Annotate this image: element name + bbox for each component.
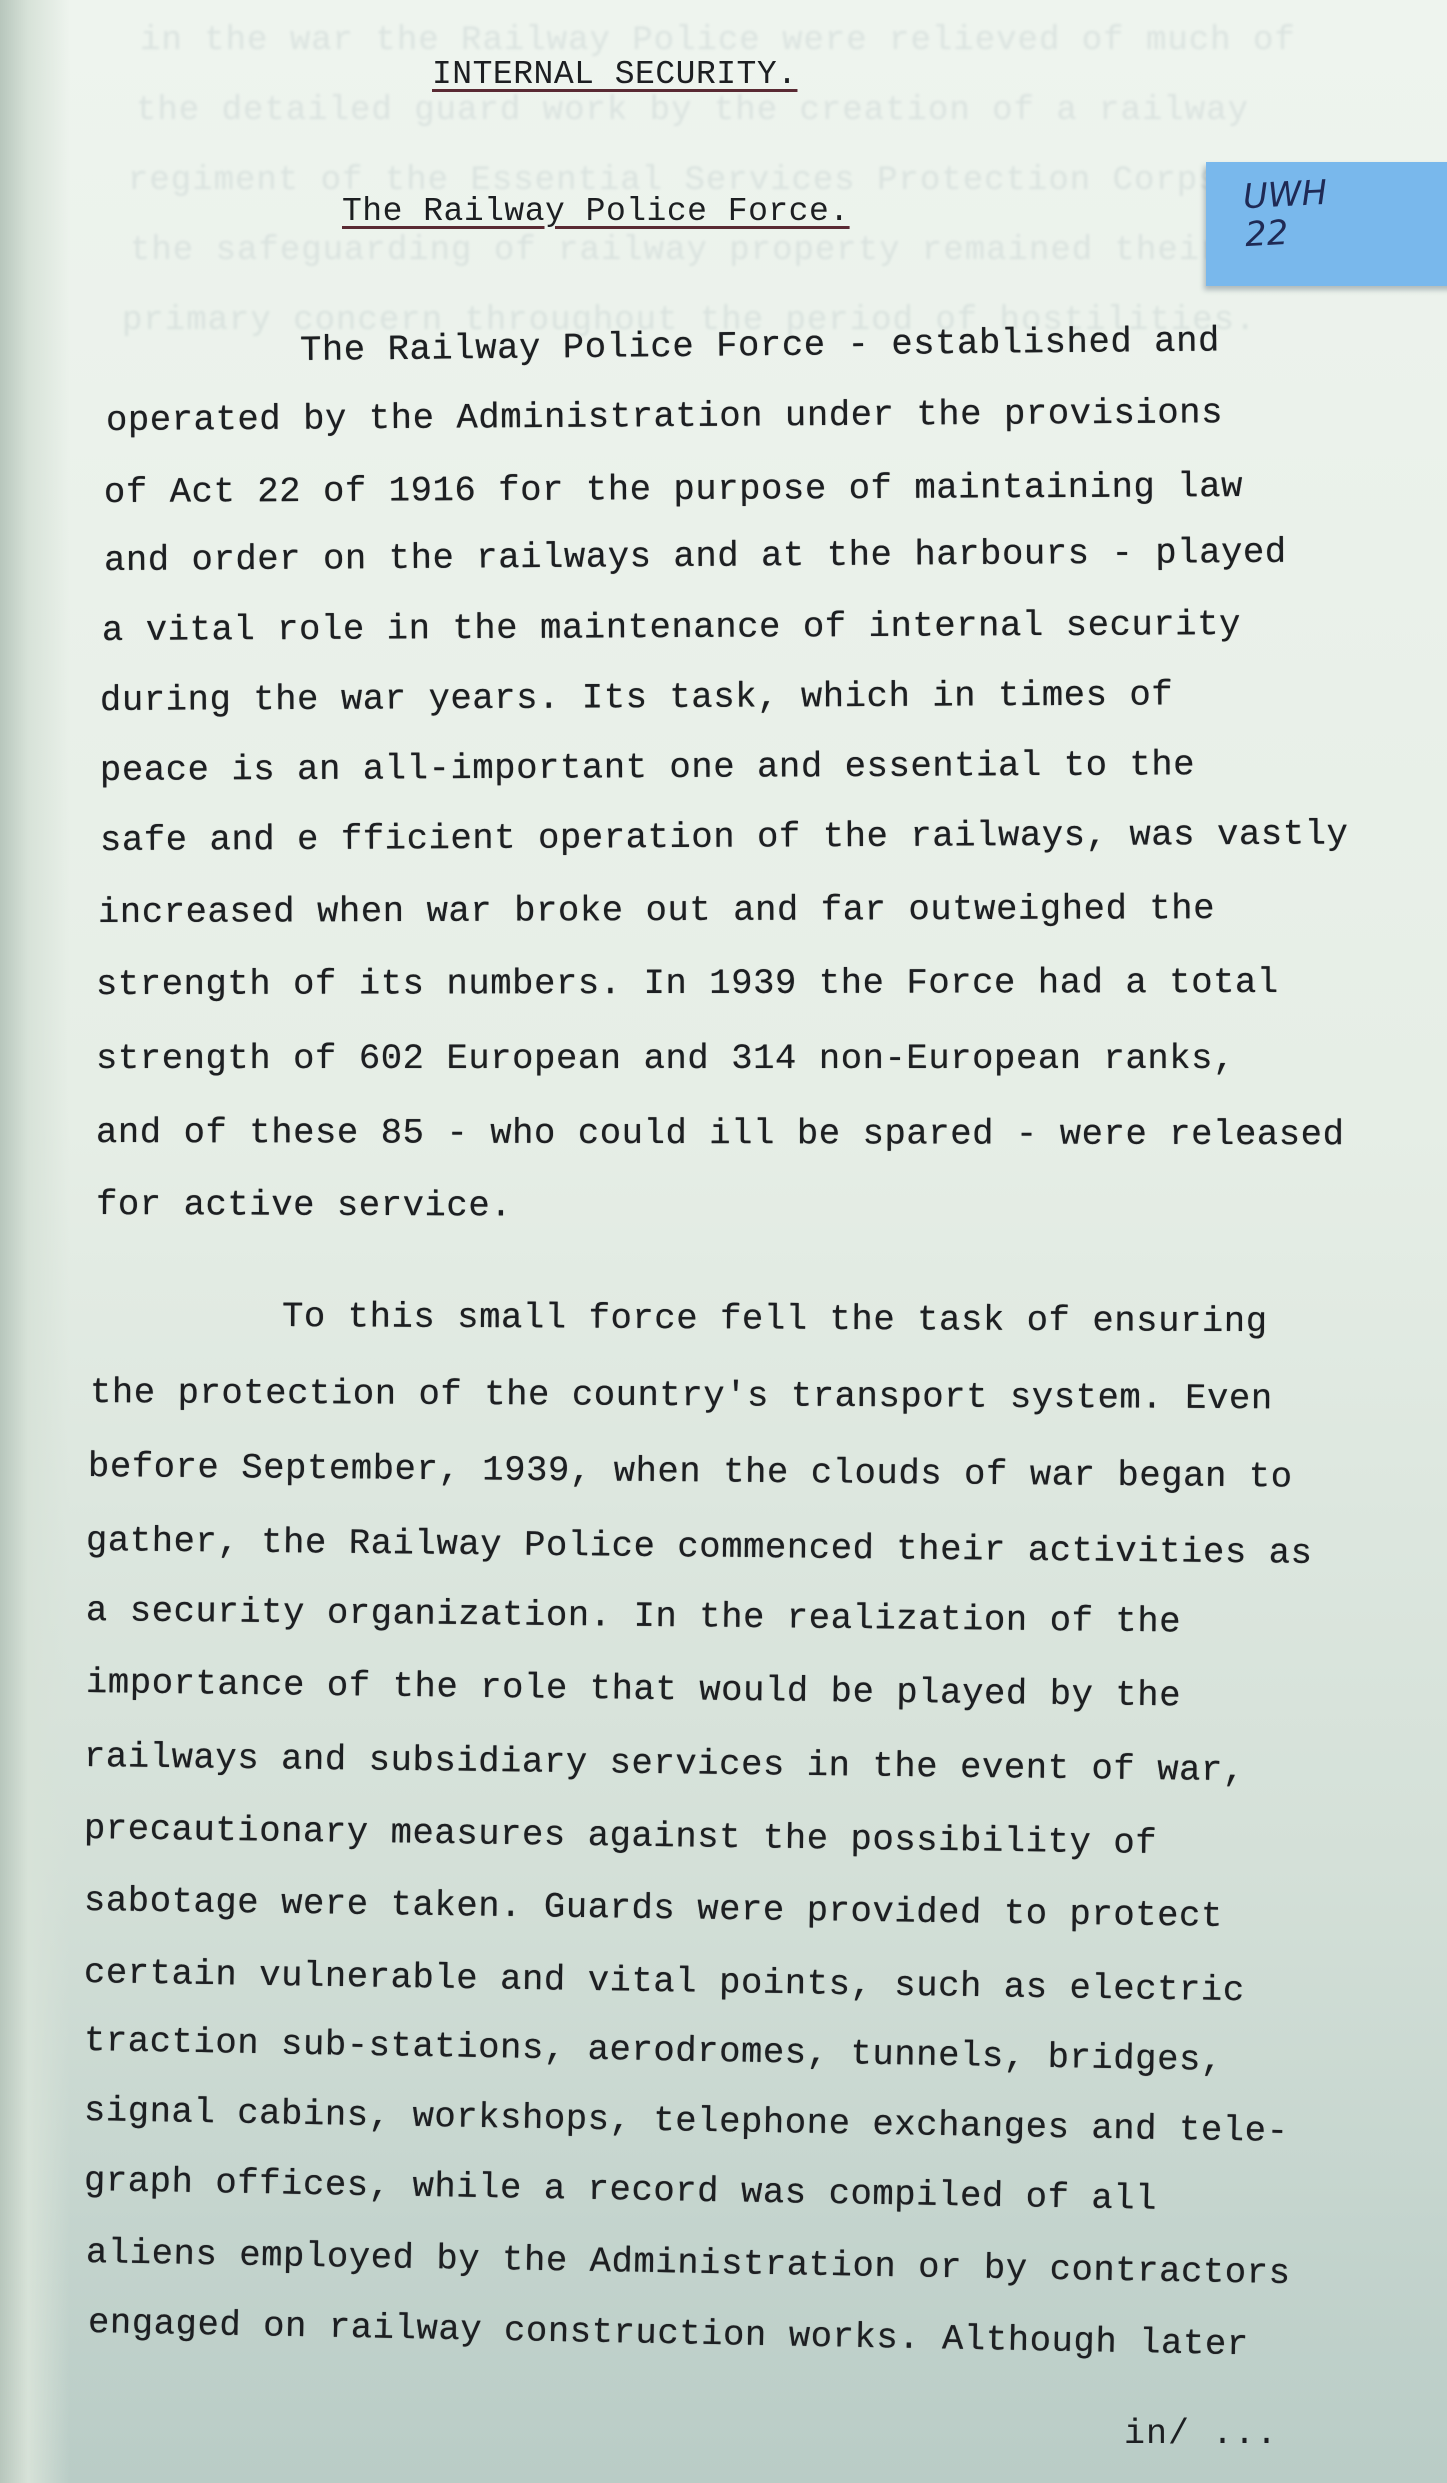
text-line: during the war years. Its task, which in…: [100, 674, 1173, 721]
text-line: peace is an all-important one and essent…: [100, 744, 1195, 791]
page-title: INTERNAL SECURITY.: [432, 56, 797, 93]
text-line: sabotage were taken. Guards were provide…: [84, 1880, 1223, 1937]
document-page: in the war the Railway Police were relie…: [0, 0, 1447, 2483]
text-line: a security organization. In the realizat…: [86, 1590, 1182, 1642]
text-line: The Railway Police Force - established a…: [300, 320, 1220, 371]
text-line: of Act 22 of 1916 for the purpose of mai…: [104, 466, 1243, 513]
sticky-note-text: UWH 22: [1242, 174, 1330, 254]
text-line: signal cabins, workshops, telephone exch…: [84, 2090, 1289, 2152]
bleed-through-line: the detailed guard work by the creation …: [136, 92, 1249, 130]
text-line: before September, 1939, when the clouds …: [88, 1446, 1293, 1498]
text-line: graph offices, while a record was compil…: [84, 2160, 1158, 2220]
sticky-note: UWH 22: [1206, 162, 1447, 286]
page-title-text: INTERNAL SECURITY.: [432, 56, 797, 93]
text-line: strength of 602 European and 314 non-Eur…: [96, 1038, 1235, 1079]
text-line: operated by the Administration under the…: [106, 392, 1223, 441]
text-line: importance of the role that would be pla…: [86, 1662, 1182, 1716]
text-line: To this small force fell the task of ens…: [282, 1296, 1268, 1342]
text-line: and of these 85 - who could ill be spare…: [96, 1112, 1345, 1155]
text-line: and order on the railways and at the har…: [104, 532, 1287, 581]
text-line: precautionary measures against the possi…: [84, 1808, 1158, 1864]
section-title-text: The Railway Police Force.: [342, 193, 850, 230]
bleed-through-line: the safeguarding of railway property rem…: [130, 232, 1222, 270]
text-line: gather, the Railway Police commenced the…: [86, 1520, 1313, 1574]
page-edge-shadow: [0, 0, 70, 2483]
text-line: railways and subsidiary services in the …: [84, 1736, 1245, 1791]
bleed-through-line: in the war the Railway Police were relie…: [140, 22, 1296, 60]
continuation-marker: in/ ...: [1124, 2414, 1278, 2454]
text-line: aliens employed by the Administration or…: [86, 2232, 1291, 2294]
text-line: safe and e fficient operation of the rai…: [100, 813, 1349, 861]
section-title: The Railway Police Force.: [342, 193, 850, 230]
text-line: a vital role in the maintenance of inter…: [102, 604, 1241, 651]
text-line: traction sub-stations, aerodromes, tunne…: [84, 2020, 1224, 2081]
text-line: certain vulnerable and vital points, suc…: [84, 1952, 1245, 2011]
text-line: increased when war broke out and far out…: [98, 888, 1215, 933]
text-line: engaged on railway construction works. A…: [88, 2302, 1249, 2365]
text-line: for active service.: [96, 1184, 512, 1226]
text-line: strength of its numbers. In 1939 the For…: [96, 962, 1279, 1005]
text-line: the protection of the country's transpor…: [90, 1372, 1273, 1419]
